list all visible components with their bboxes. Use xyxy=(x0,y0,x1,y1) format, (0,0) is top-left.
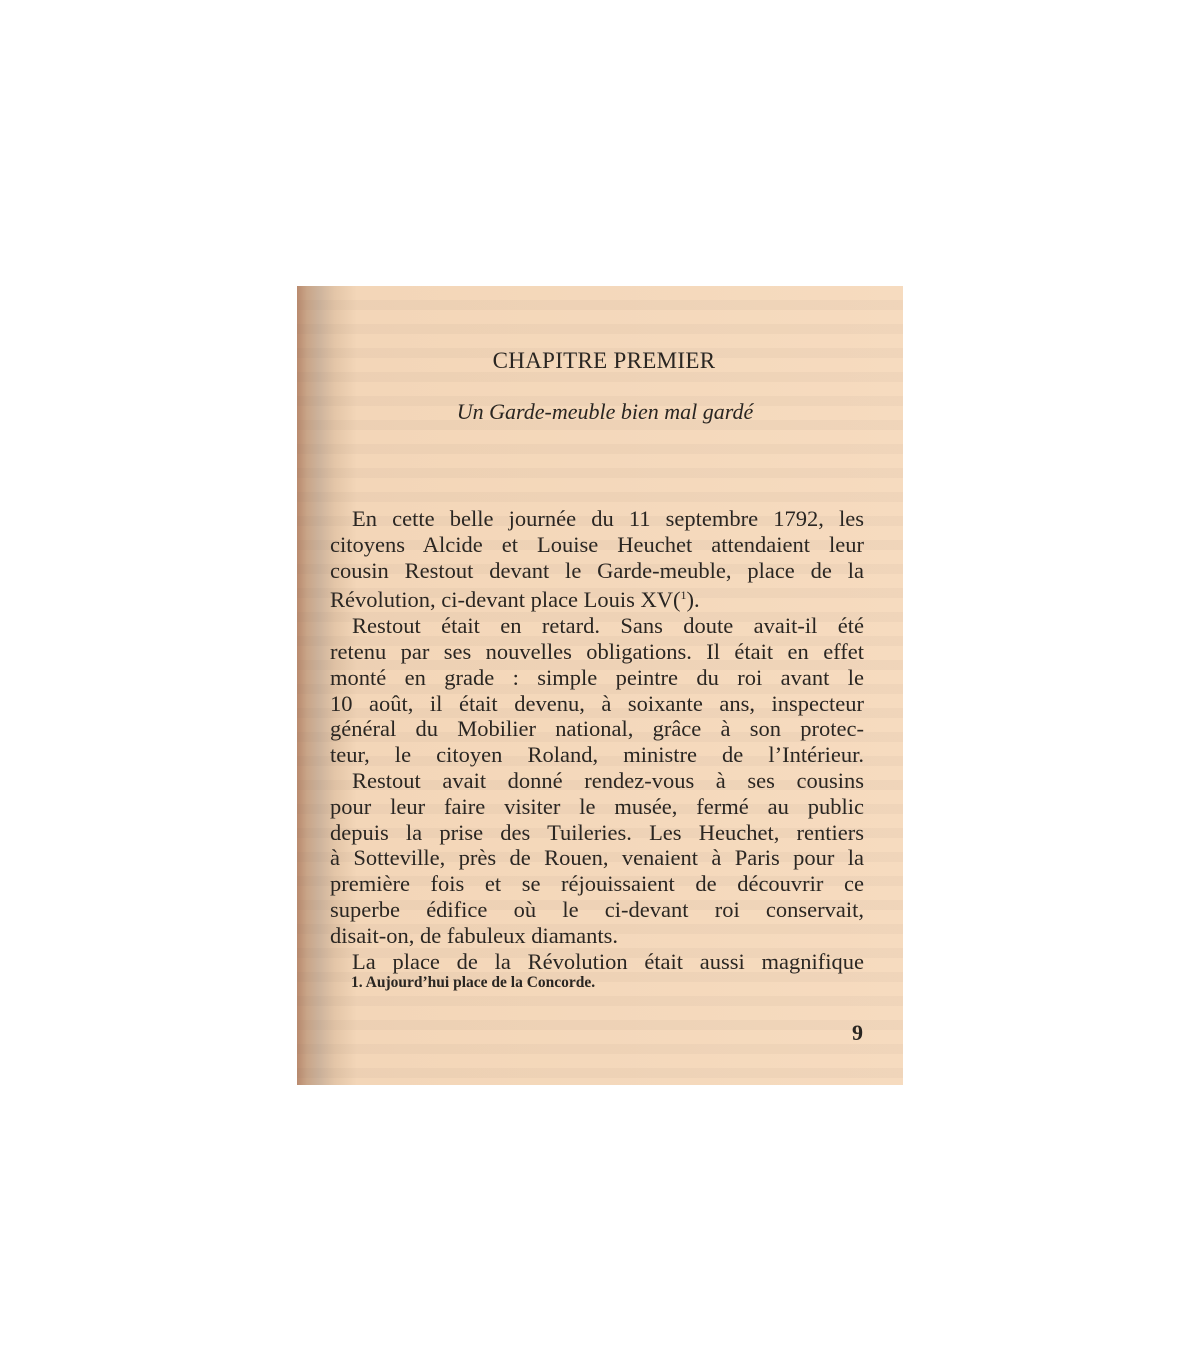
text-line: pour leur faire visiter le musée, fermé … xyxy=(330,794,864,820)
text-line: disait-on, de fabuleux diamants. xyxy=(330,923,864,949)
chapter-title: CHAPITRE PREMIER xyxy=(297,348,903,374)
text-line: Restout avait donné rendez-vous à ses co… xyxy=(330,768,864,794)
body-text: En cette belle journée du 11 septembre 1… xyxy=(330,506,864,974)
text-line: superbe édifice où le ci-devant roi cons… xyxy=(330,897,864,923)
footnote: 1. Aujourd’hui place de la Concorde. xyxy=(351,974,595,992)
text-line: 10 août, il était devenu, à soixante ans… xyxy=(330,691,864,717)
text-line: En cette belle journée du 11 septembre 1… xyxy=(330,506,864,532)
text-line: citoyens Alcide et Louise Heuchet attend… xyxy=(330,532,864,558)
text-line: teur, le citoyen Roland, ministre de l’I… xyxy=(330,742,864,768)
chapter-subtitle: Un Garde-meuble bien mal gardé xyxy=(297,399,903,425)
text-line: Restout était en retard. Sans doute avai… xyxy=(330,613,864,639)
text-line: Révolution, ci-devant place Louis XV(1). xyxy=(330,583,864,613)
text-line: à Sotteville, près de Rouen, venaient à … xyxy=(330,845,864,871)
text-line: première fois et se réjouissaient de déc… xyxy=(330,871,864,897)
text-segment: ). xyxy=(687,587,700,612)
text-line: général du Mobilier national, grâce à so… xyxy=(330,716,864,742)
page-number: 9 xyxy=(852,1020,863,1046)
text-line: depuis la prise des Tuileries. Les Heuch… xyxy=(330,820,864,846)
text-segment: Révolution, ci-devant place Louis XV( xyxy=(330,587,681,612)
book-page: CHAPITRE PREMIER Un Garde-meuble bien ma… xyxy=(297,286,903,1085)
text-line: La place de la Révolution était aussi ma… xyxy=(330,949,864,975)
text-line: cousin Restout devant le Garde-meuble, p… xyxy=(330,558,864,584)
text-line: retenu par ses nouvelles obligations. Il… xyxy=(330,639,864,665)
text-line: monté en grade : simple peintre du roi a… xyxy=(330,665,864,691)
